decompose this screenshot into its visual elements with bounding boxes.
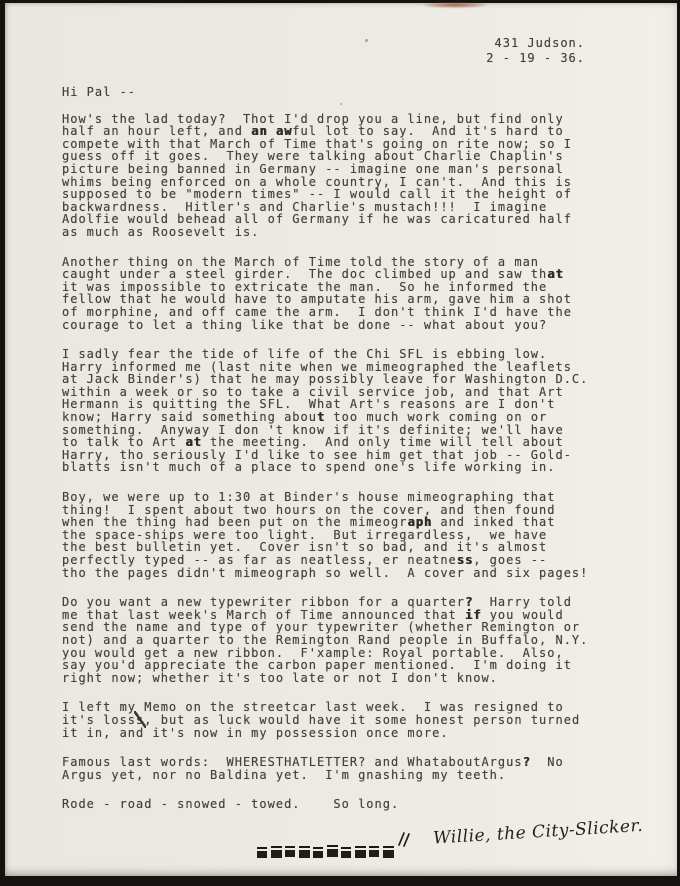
typed-line: of morphine, and off came the arm. I don… [62,306,622,319]
strikeout-block [271,846,282,858]
typed-line: when the thing had been put on the mimeo… [62,516,622,529]
strikeout-block [257,847,267,858]
letter-body: How's the lad today? Thot I'd drop you a… [62,113,622,811]
return-address: 431 Judson. [486,36,585,51]
typed-line: half an hour left, and an awful lot to s… [62,125,622,138]
strikeout-block [285,846,295,857]
strikeout-block [313,847,323,858]
paragraph: Another thing on the March of Time told … [62,256,622,332]
typed-line: Rode - road - snowed - towed. So long. [62,798,622,811]
paragraph: How's the lad today? Thot I'd drop you a… [62,113,622,239]
paragraph: Rode - road - snowed - towed. So long. [62,798,622,811]
paragraph: Boy, we were up to 1:30 at Binder's hous… [62,491,622,579]
typed-strikeout-blocks [257,839,397,858]
paper-top-smudge [423,2,487,8]
typed-line: Argus yet, nor no Baldina yet. I'm gnash… [62,769,622,782]
typed-line: I sadly fear the tide of life of the Chi… [62,348,622,361]
typed-line: to talk to Art at the meeting. And only … [62,436,622,449]
typed-line: caught under a steel girder. The doc cli… [62,268,622,281]
paragraph: I sadly fear the tide of life of the Chi… [62,348,622,474]
paragraph: I left my Memo on the streetcar last wee… [62,701,622,739]
typed-line: not) and a quarter to the Remington Rand… [62,634,622,647]
strikeout-block [299,846,310,858]
typed-line: know; Harry said something about too muc… [62,411,622,424]
paragraph: Do you want a new typewriter ribbon for … [62,596,622,684]
typed-line: perfectly typed -- as far as neatless, e… [62,554,622,567]
strikeout-block [341,847,351,858]
typed-line: picture being banned in Germany -- imagi… [62,163,622,176]
typed-line: supposed to be "modern times" -- I would… [62,188,622,201]
typed-line: it's losss, but as luck would have it so… [62,714,622,727]
typed-line: courage to let a thing like that be done… [62,319,622,332]
typed-line: it in, and it's now in my possession onc… [62,727,622,740]
scan-background: 431 Judson. 2 - 19 - 36. Hi Pal -- How's… [0,0,680,886]
typed-line: say you'd appreciate the carbon paper me… [62,659,622,672]
strikeout-block [355,846,366,858]
letter-heading: 431 Judson. 2 - 19 - 36. [486,36,585,66]
strikeout-block [383,846,394,858]
typed-line: blatts isn't much of a place to spend on… [62,461,622,474]
letter-content: Hi Pal -- How's the lad today? Thot I'd … [62,86,622,828]
letter-date: 2 - 19 - 36. [486,51,585,66]
typed-line: at Jack Binder's) that he may possibly l… [62,373,622,386]
typed-line: right now; whether it's too late or not … [62,672,622,685]
paper-speck [365,39,368,42]
letter-paper: 431 Judson. 2 - 19 - 36. Hi Pal -- How's… [5,3,677,876]
typed-line: tho the pages didn't mimeograph so well.… [62,567,622,580]
typed-line: Boy, we were up to 1:30 at Binder's hous… [62,491,622,504]
strikeout-block [369,846,379,857]
salutation: Hi Pal -- [62,86,622,99]
typed-line: as much as Roosevelt is. [62,226,622,239]
paragraph: Famous last words: WHERESTHATLETTER? and… [62,756,622,781]
typed-line: Famous last words: WHERESTHATLETTER? and… [62,756,622,769]
strikeout-block [327,845,338,857]
typed-line: Do you want a new typewriter ribbon for … [62,596,622,609]
pen-tick-icon [397,831,411,847]
